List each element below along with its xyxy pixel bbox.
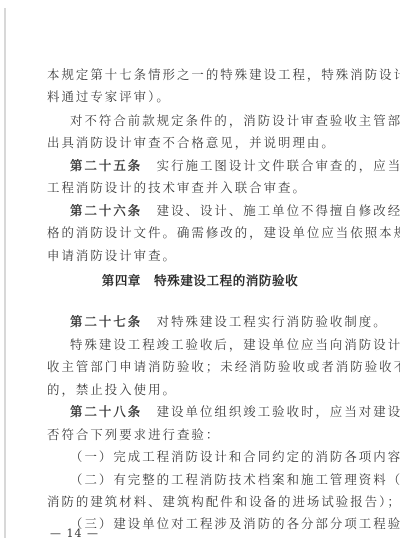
list-item-2: （二）有完整的工程消防技术档案和施工管理资料（含涉及: [70, 472, 349, 488]
article-26: 第二十六条 建设、设计、施工单位不得擅自修改经审查合: [70, 203, 349, 219]
text-line: 对不符合前款规定条件的，消防设计审查验收主管部门应当: [70, 113, 349, 129]
page-number: — 14 —: [50, 527, 99, 538]
text-line: 收主管部门申请消防验收；未经消防验收或者消防验收不合格: [47, 359, 349, 375]
text-line: 的，禁止投入使用。: [47, 382, 349, 398]
chapter-heading: 第四章 特殊建设工程的消防验收: [0, 271, 400, 289]
article-label: 第二十五条: [70, 158, 142, 173]
text-line: 料通过专家评审）。: [47, 89, 349, 105]
article-25: 第二十五条 实行施工图设计文件联合审查的，应当将建设: [70, 158, 349, 174]
text-line: 特殊建设工程竣工验收后，建设单位应当向消防设计审查验: [70, 337, 349, 353]
text-line: 工程消防设计的技术审查并入联合审查。: [47, 180, 349, 196]
list-item-1: （一）完成工程消防设计和合同约定的消防各项内容；: [70, 449, 349, 465]
text-line: 否符合下列要求进行查验：: [47, 427, 349, 443]
text-line: 格的消防设计文件。确需修改的，建设单位应当依照本规定重新: [47, 225, 349, 241]
article-text: 实行施工图设计文件联合审查的，应当将建设: [142, 158, 400, 173]
article-28: 第二十八条 建设单位组织竣工验收时，应当对建设工程是: [70, 404, 349, 420]
list-item-3: （三）建设单位对工程涉及消防的各分部分项工程验收合: [70, 516, 349, 532]
article-text: 建设单位组织竣工验收时，应当对建设工程是: [142, 404, 400, 419]
article-27: 第二十七条 对特殊建设工程实行消防验收制度。: [70, 314, 349, 330]
article-label: 第二十八条: [70, 404, 142, 419]
text-line: 本规定第十七条情形之一的特殊建设工程，特殊消防设计技术资: [47, 67, 349, 83]
text-line: 出具消防设计审查不合格意见，并说明理由。: [47, 135, 349, 151]
article-label: 第二十七条: [70, 314, 142, 329]
text-line: 消防的建筑材料、建筑构配件和设备的进场试验报告）；: [47, 494, 349, 510]
text-line: 申请消防设计审查。: [47, 248, 349, 264]
article-text: 建设、设计、施工单位不得擅自修改经审查合: [142, 203, 400, 218]
article-label: 第二十六条: [70, 203, 142, 218]
article-text: 对特殊建设工程实行消防验收制度。: [142, 314, 388, 329]
